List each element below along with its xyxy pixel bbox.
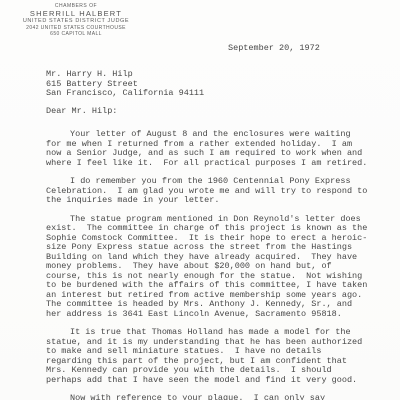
paragraph-5-truncated: Now with reference to your plaque. I can…: [46, 394, 370, 400]
paragraph-1: Your letter of August 8 and the enclosur…: [46, 130, 370, 168]
letter-date: September 20, 1972: [228, 43, 370, 53]
letterhead-address-line2: 650 CAPITOL MALL: [16, 31, 136, 37]
paragraph-2: I do remember you from the 1960 Centenni…: [46, 177, 370, 206]
paragraph-3: The statue program mentioned in Don Reyn…: [46, 215, 370, 320]
recipient-city: San Francisco, California 94111: [46, 89, 370, 99]
paragraph-4: It is true that Thomas Holland has made …: [46, 328, 370, 385]
letter-page: CHAMBERS OF SHERRILL HALBERT UNITED STAT…: [0, 0, 400, 400]
recipient-address-block: Mr. Harry H. Hilp 615 Battery Street San…: [46, 70, 370, 99]
letterhead-judge-name: SHERRILL HALBERT: [16, 9, 136, 18]
salutation: Dear Mr. Hilp:: [46, 107, 370, 117]
letterhead: CHAMBERS OF SHERRILL HALBERT UNITED STAT…: [16, 3, 136, 37]
letter-body: September 20, 1972 Mr. Harry H. Hilp 615…: [46, 38, 370, 400]
letterhead-judge-title: UNITED STATES DISTRICT JUDGE: [16, 18, 136, 25]
